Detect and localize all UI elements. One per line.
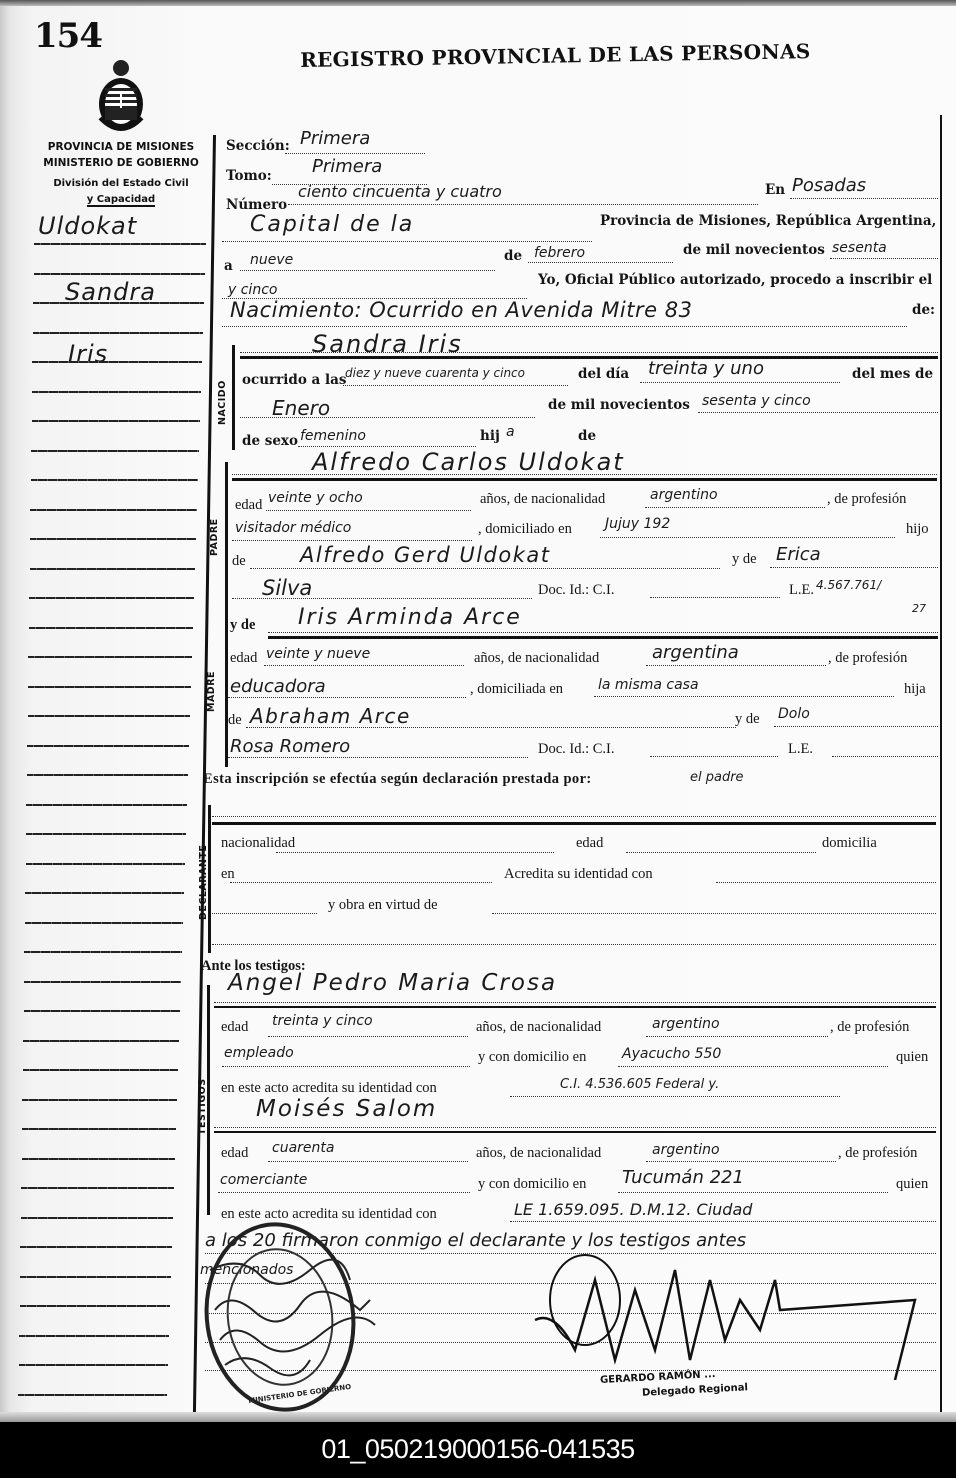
agency-capacity-text: y Capacidad — [87, 194, 155, 207]
madre-dom-value: la misma casa — [598, 677, 699, 693]
padre-prof-value: visitador médico — [235, 520, 351, 536]
margin-ruled-line — [24, 981, 181, 983]
margin-ruled-line — [22, 1128, 176, 1130]
margin-ruled-line — [28, 656, 192, 658]
en-value: Posadas — [792, 175, 866, 196]
scan-file-id: 01_050219000156-041535 — [0, 1422, 956, 1478]
margin-ruled-line — [30, 538, 196, 540]
tomo-value: Primera — [312, 156, 382, 177]
sexo-value: femenino — [300, 428, 366, 444]
capital-line — [222, 241, 592, 242]
a-label: a — [224, 258, 233, 274]
page-top-edge — [0, 0, 956, 6]
margin-ruled-line — [33, 332, 203, 334]
padre-mother-cont-line — [232, 598, 532, 599]
madre-yde2-label: y de — [735, 711, 760, 728]
madre-mother-cont-value: Rosa Romero — [230, 736, 350, 757]
witness1-prof-value: empleado — [224, 1045, 294, 1061]
witness2-quien-label: quien — [896, 1176, 928, 1193]
padre-dom-value: Jujuy 192 — [605, 516, 670, 532]
madre-edad-value: veinte y nueve — [266, 646, 370, 662]
hora-line — [343, 385, 568, 386]
a-line — [240, 270, 495, 271]
agency-division: División del Estado Civil — [30, 177, 212, 191]
declarante-acredita-label: Acredita su identidad con — [504, 866, 653, 883]
birth-certificate-page: 154 REGISTRO PROVINCIAL DE LAS PERSONAS … — [0, 0, 956, 1422]
margin-ruled-line — [22, 1158, 175, 1160]
witness2-acredita-value: LE 1.659.095. D.M.12. Ciudad — [514, 1200, 752, 1219]
margin-ruled-line — [20, 1276, 171, 1278]
witness1-edad-value: treinta y cinco — [272, 1013, 373, 1029]
padre-nac-label: años, de nacionalidad — [480, 491, 605, 508]
witness2-acredita-line — [510, 1221, 936, 1222]
hora-value: diez y nueve cuarenta y cinco — [345, 366, 525, 380]
madre-hija-label: hija — [904, 681, 926, 698]
nacimiento-line — [222, 326, 907, 327]
declarante-en-label: en — [221, 866, 235, 883]
nacido-name-line — [240, 352, 938, 353]
witness1-prof-line — [222, 1066, 470, 1067]
padre-father-line — [250, 568, 720, 569]
document-title: REGISTRO PROVINCIAL DE LAS PERSONAS — [300, 39, 811, 72]
margin-ruled-line — [26, 804, 187, 806]
madre-doc-line — [650, 756, 778, 757]
witness1-top-rule — [214, 1006, 936, 1008]
seccion-value: Primera — [300, 128, 370, 149]
margin-ruled-line — [19, 1364, 168, 1366]
anio-line — [830, 258, 938, 259]
declarante-obra-label: y obra en virtud de — [328, 897, 438, 914]
margin-ruled-line — [32, 361, 202, 363]
margin-ruled-line — [24, 1010, 180, 1012]
nacido-mes-line — [240, 417, 535, 418]
declarante-bottom-line — [212, 944, 936, 945]
witness1-edad-line — [268, 1036, 468, 1037]
padre-yde-label: y de — [732, 551, 757, 568]
witness1-acredita-line — [510, 1096, 840, 1097]
sexo-line — [298, 446, 476, 447]
declarante-nac-line — [276, 852, 554, 853]
madre-name-line — [268, 632, 938, 633]
madre-edad-label: edad — [230, 650, 257, 667]
provincia-text: Provincia de Misiones, República Argenti… — [600, 213, 936, 229]
hij-value: a — [506, 424, 515, 440]
madre-mother-value: Dolo — [778, 706, 810, 722]
witness1-nac-value: argentino — [652, 1016, 720, 1032]
margin-ruled-line — [33, 302, 204, 304]
madre-section-label: MADRE — [206, 671, 217, 712]
padre-de-label: de — [232, 553, 246, 570]
padre-top-rule — [232, 478, 937, 481]
margin-ruled-line — [27, 745, 189, 747]
margin-ruled-line — [20, 1246, 172, 1248]
padre-hijo-label: hijo — [906, 521, 929, 538]
declaracion-value: el padre — [690, 770, 744, 785]
margin-ruled-line — [20, 1305, 170, 1307]
margin-ruled-line — [21, 1217, 173, 1219]
ocurrido-label: ocurrido a las — [242, 372, 346, 388]
margin-ruled-line — [26, 833, 186, 835]
margin-ruled-line — [30, 509, 197, 511]
padre-nac-line — [645, 507, 825, 508]
margin-ruled-line — [23, 1069, 178, 1071]
witness1-dom-value: Ayacucho 550 — [622, 1046, 721, 1062]
nacido-anio-value: sesenta y cinco — [702, 393, 811, 409]
mes-label: del mes de — [852, 366, 933, 382]
margin-ruled-line — [27, 774, 188, 776]
witness1-quien-label: quien — [896, 1049, 928, 1066]
witness2-dom-value: Tucumán 221 — [622, 1167, 744, 1188]
margin-ruled-line — [28, 715, 190, 717]
padre-mother-line — [770, 567, 938, 568]
anio-cont-value: y cinco — [228, 282, 277, 298]
declarante-top-rule — [212, 822, 936, 825]
madre-edad-line — [264, 665, 464, 666]
official-signature-icon — [525, 1250, 925, 1380]
padre-mother-value: Erica — [776, 544, 821, 565]
madre-yde-label: y de — [230, 617, 255, 634]
declarante-top-line — [212, 816, 936, 817]
declarante-edad-line — [626, 852, 816, 853]
padre-name-value: Alfredo Carlos Uldokat — [312, 448, 625, 476]
margin-ruled-line — [26, 863, 185, 865]
witness2-edad-label: edad — [221, 1145, 248, 1162]
numero-line — [288, 204, 758, 205]
seccion-line — [285, 153, 425, 154]
coat-of-arms-icon — [92, 58, 150, 136]
witness1-dom-label: y con domicilio en — [478, 1049, 586, 1066]
padre-le-value: 4.567.761/ — [816, 578, 881, 592]
witness1-acredita-value: C.I. 4.536.605 Federal y. — [560, 1077, 719, 1092]
madre-doc-label: Doc. Id.: C.I. — [538, 741, 615, 758]
madre-bracket — [225, 612, 228, 767]
margin-ruled-line — [31, 450, 199, 452]
capital-value: Capital de la — [250, 212, 414, 237]
madre-top-rule — [268, 636, 938, 639]
madre-prof-value: educadora — [230, 676, 326, 697]
witness1-acredita-label: en este acto acredita su identidad con — [221, 1080, 437, 1097]
margin-ruled-line — [29, 597, 194, 599]
witness2-nac-line — [646, 1161, 836, 1162]
witness2-top-rule — [214, 1131, 936, 1133]
declarante-nac-label: nacionalidad — [221, 835, 295, 852]
witness1-prof-label: , de profesión — [830, 1019, 909, 1036]
madre-le-label: L.E. — [788, 741, 813, 758]
madre-mother-line — [774, 726, 938, 727]
page-bottom-edge — [0, 1412, 956, 1422]
padre-le-extra: 27 — [912, 602, 926, 615]
witness1-name-value: Angel Pedro Maria Crosa — [228, 970, 557, 996]
witness2-prof-line — [218, 1192, 470, 1193]
nacimiento-value: Nacimiento: Ocurrido en Avenida Mitre 83 — [230, 298, 692, 322]
padre-le-label: L.E. — [789, 582, 814, 599]
madre-dom-label: , domiciliada en — [470, 681, 563, 698]
mes-line — [528, 262, 673, 263]
tomo-label: Tomo: — [226, 168, 272, 184]
margin-ruled-line — [25, 922, 183, 924]
witness1-name-line — [214, 1002, 936, 1003]
seccion-label: Sección: — [226, 138, 290, 154]
dia-line — [640, 382, 840, 383]
agency-capacity: y Capacidad — [30, 193, 212, 207]
margin-ruled-line — [23, 1040, 179, 1042]
agency-province: PROVINCIA DE MISIONES — [30, 140, 212, 154]
margin-ruled-line — [22, 1099, 177, 1101]
nacido-name-value: Sandra Iris — [312, 330, 463, 358]
witness2-nac-label: años, de nacionalidad — [476, 1145, 601, 1162]
padre-dom-line — [600, 537, 895, 538]
margin-ruled-line — [34, 273, 205, 275]
official-title: Delegado Regional — [642, 1382, 748, 1399]
witness1-dom-line — [618, 1066, 888, 1067]
numero-label: Número — [226, 197, 287, 213]
numero-value: ciento cincuenta y cuatro — [298, 182, 502, 201]
seal-text: MINISTERIO DE GOBIERNO — [248, 1383, 352, 1405]
madre-le-line — [832, 756, 938, 757]
padre-prof-label: , de profesión — [827, 491, 906, 508]
witness2-prof-value: comerciante — [220, 1172, 307, 1188]
testigos-section-label: TESTIGOS — [197, 1078, 208, 1135]
madre-nac-line — [646, 665, 826, 666]
margin-ruled-line — [21, 1187, 174, 1189]
nacido-bracket — [232, 345, 235, 450]
dia-value: treinta y uno — [648, 358, 764, 379]
margin-middle-name: Iris — [68, 340, 108, 368]
declarante-acredita-line — [716, 882, 936, 883]
witness2-name-line — [214, 1127, 936, 1128]
witness1-nac-label: años, de nacionalidad — [476, 1019, 601, 1036]
en-label: En — [765, 182, 785, 198]
margin-ruled-line — [19, 1335, 169, 1337]
mes-value: febrero — [534, 245, 585, 261]
padre-prof-line — [232, 540, 472, 541]
page-number: 154 — [34, 16, 102, 56]
witness1-nac-line — [646, 1036, 828, 1037]
declarante-en-line — [230, 882, 492, 883]
madre-dom-line — [594, 696, 894, 697]
margin-ruled-line — [30, 568, 195, 570]
witness2-acredita-label: en este acto acredita su identidad con — [221, 1206, 437, 1223]
declarante-edad-label: edad — [576, 835, 603, 852]
padre-edad-label: edad — [235, 497, 262, 514]
witness2-prof-label: , de profesión — [838, 1145, 917, 1162]
de-label: de — [504, 248, 522, 264]
margin-ruled-line — [34, 243, 206, 245]
madre-father-value: Abraham Arce — [250, 704, 411, 728]
de2-label: de: — [912, 302, 935, 318]
padre-edad-value: veinte y ocho — [268, 490, 363, 506]
padre-name-line — [232, 474, 937, 475]
margin-ruled-line — [31, 479, 198, 481]
en-line — [790, 198, 938, 199]
declaracion-text: Esta inscripción se efectúa según declar… — [203, 771, 592, 788]
agency-ministry: MINISTERIO DE GOBIERNO — [30, 156, 212, 170]
margin-ruled-line — [24, 951, 182, 953]
anio-value: sesenta — [832, 240, 887, 256]
padre-nac-value: argentino — [650, 487, 718, 503]
margin-ruled-line — [32, 391, 201, 393]
madre-de-label: de — [228, 712, 242, 729]
padre-section-label: PADRE — [209, 518, 220, 556]
madre-father-line — [246, 727, 736, 728]
witness-signatures-icon — [200, 1250, 400, 1380]
padre-doc-line — [650, 597, 780, 598]
nacido-anio-line — [698, 412, 938, 413]
padre-edad-line — [266, 510, 471, 511]
madre-nac-label: años, de nacionalidad — [474, 650, 599, 667]
witness2-dom-label: y con domicilio en — [478, 1176, 586, 1193]
witness2-dom-line — [618, 1192, 888, 1193]
padre-doc-label: Doc. Id.: C.I. — [538, 582, 615, 599]
padre-bracket — [225, 462, 228, 612]
margin-ruled-line — [32, 420, 200, 422]
margin-ruled-line — [18, 1394, 167, 1396]
nacido-section-label: NACIDO — [217, 380, 228, 425]
margin-ruled-line — [25, 892, 184, 894]
right-frame-line — [940, 115, 942, 1415]
witness2-edad-value: cuarenta — [272, 1140, 334, 1156]
madre-name-value: Iris Arminda Arce — [298, 605, 522, 630]
hij-label: hij — [480, 428, 500, 444]
declarante-section-label: DECLARANTE — [198, 845, 209, 920]
dia-label: del día — [578, 366, 629, 382]
declarante-obra-line — [492, 913, 936, 914]
margin-ruled-line — [29, 627, 193, 629]
witness2-nac-value: argentino — [652, 1142, 720, 1158]
margin-surname: Uldokat — [38, 212, 137, 240]
a-value: nueve — [250, 252, 293, 268]
witness1-edad-label: edad — [221, 1019, 248, 1036]
nacido-mil-label: de mil novecientos — [548, 397, 690, 413]
madre-prof-label: , de profesión — [828, 650, 907, 667]
witness2-edad-line — [268, 1161, 468, 1162]
mil-label: de mil novecientos — [683, 242, 825, 258]
padre-father-value: Alfredo Gerd Uldokat — [300, 543, 550, 567]
madre-mother-cont-line — [228, 757, 528, 758]
sexo-label: de sexo — [242, 433, 298, 449]
madre-prof-line — [228, 697, 466, 698]
nacido-top-rule — [240, 356, 938, 359]
margin-ruled-line — [28, 686, 191, 688]
padre-mother-cont-value: Silva — [262, 576, 312, 600]
oficial-text: Yo, Oficial Público autorizado, procedo … — [538, 272, 932, 288]
declarante-domicilia-label: domicilia — [822, 835, 877, 852]
nacido-de-label: de — [578, 428, 596, 444]
madre-nac-value: argentina — [652, 642, 739, 663]
padre-dom-label: , domiciliado en — [478, 521, 572, 538]
declarante-obra-pre-line — [212, 913, 317, 914]
witness2-name-value: Moisés Salom — [256, 1096, 437, 1122]
